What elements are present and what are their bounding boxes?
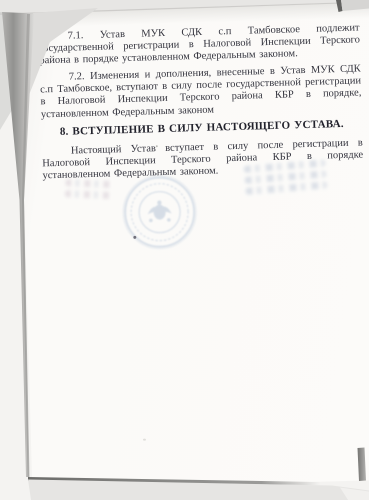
document-page: 7.1. Устав МУК СДК с.п Тамбовское подлеж…: [19, 1, 369, 490]
section-8-paragraph: Настоящий Устав вступает в силу после ре…: [42, 137, 364, 182]
clause-7-2: 7.2. Изменения и дополнения, внесенные в…: [40, 64, 362, 121]
scan-speck: [143, 439, 146, 441]
scanned-document-photo: 7.1. Устав МУК СДК с.п Тамбовское подлеж…: [0, 0, 369, 500]
scan-speck: [133, 236, 136, 239]
charter-text-block: 7.1. Устав МУК СДК с.п Тамбовское подлеж…: [39, 22, 364, 187]
section-8-heading: 8. ВСТУПЛЕНИЕ В СИЛУ НАСТОЯЩЕГО УСТАВА.: [41, 117, 362, 139]
clause-7-1: 7.1. Устав МУК СДК с.п Тамбовское подлеж…: [39, 22, 361, 67]
